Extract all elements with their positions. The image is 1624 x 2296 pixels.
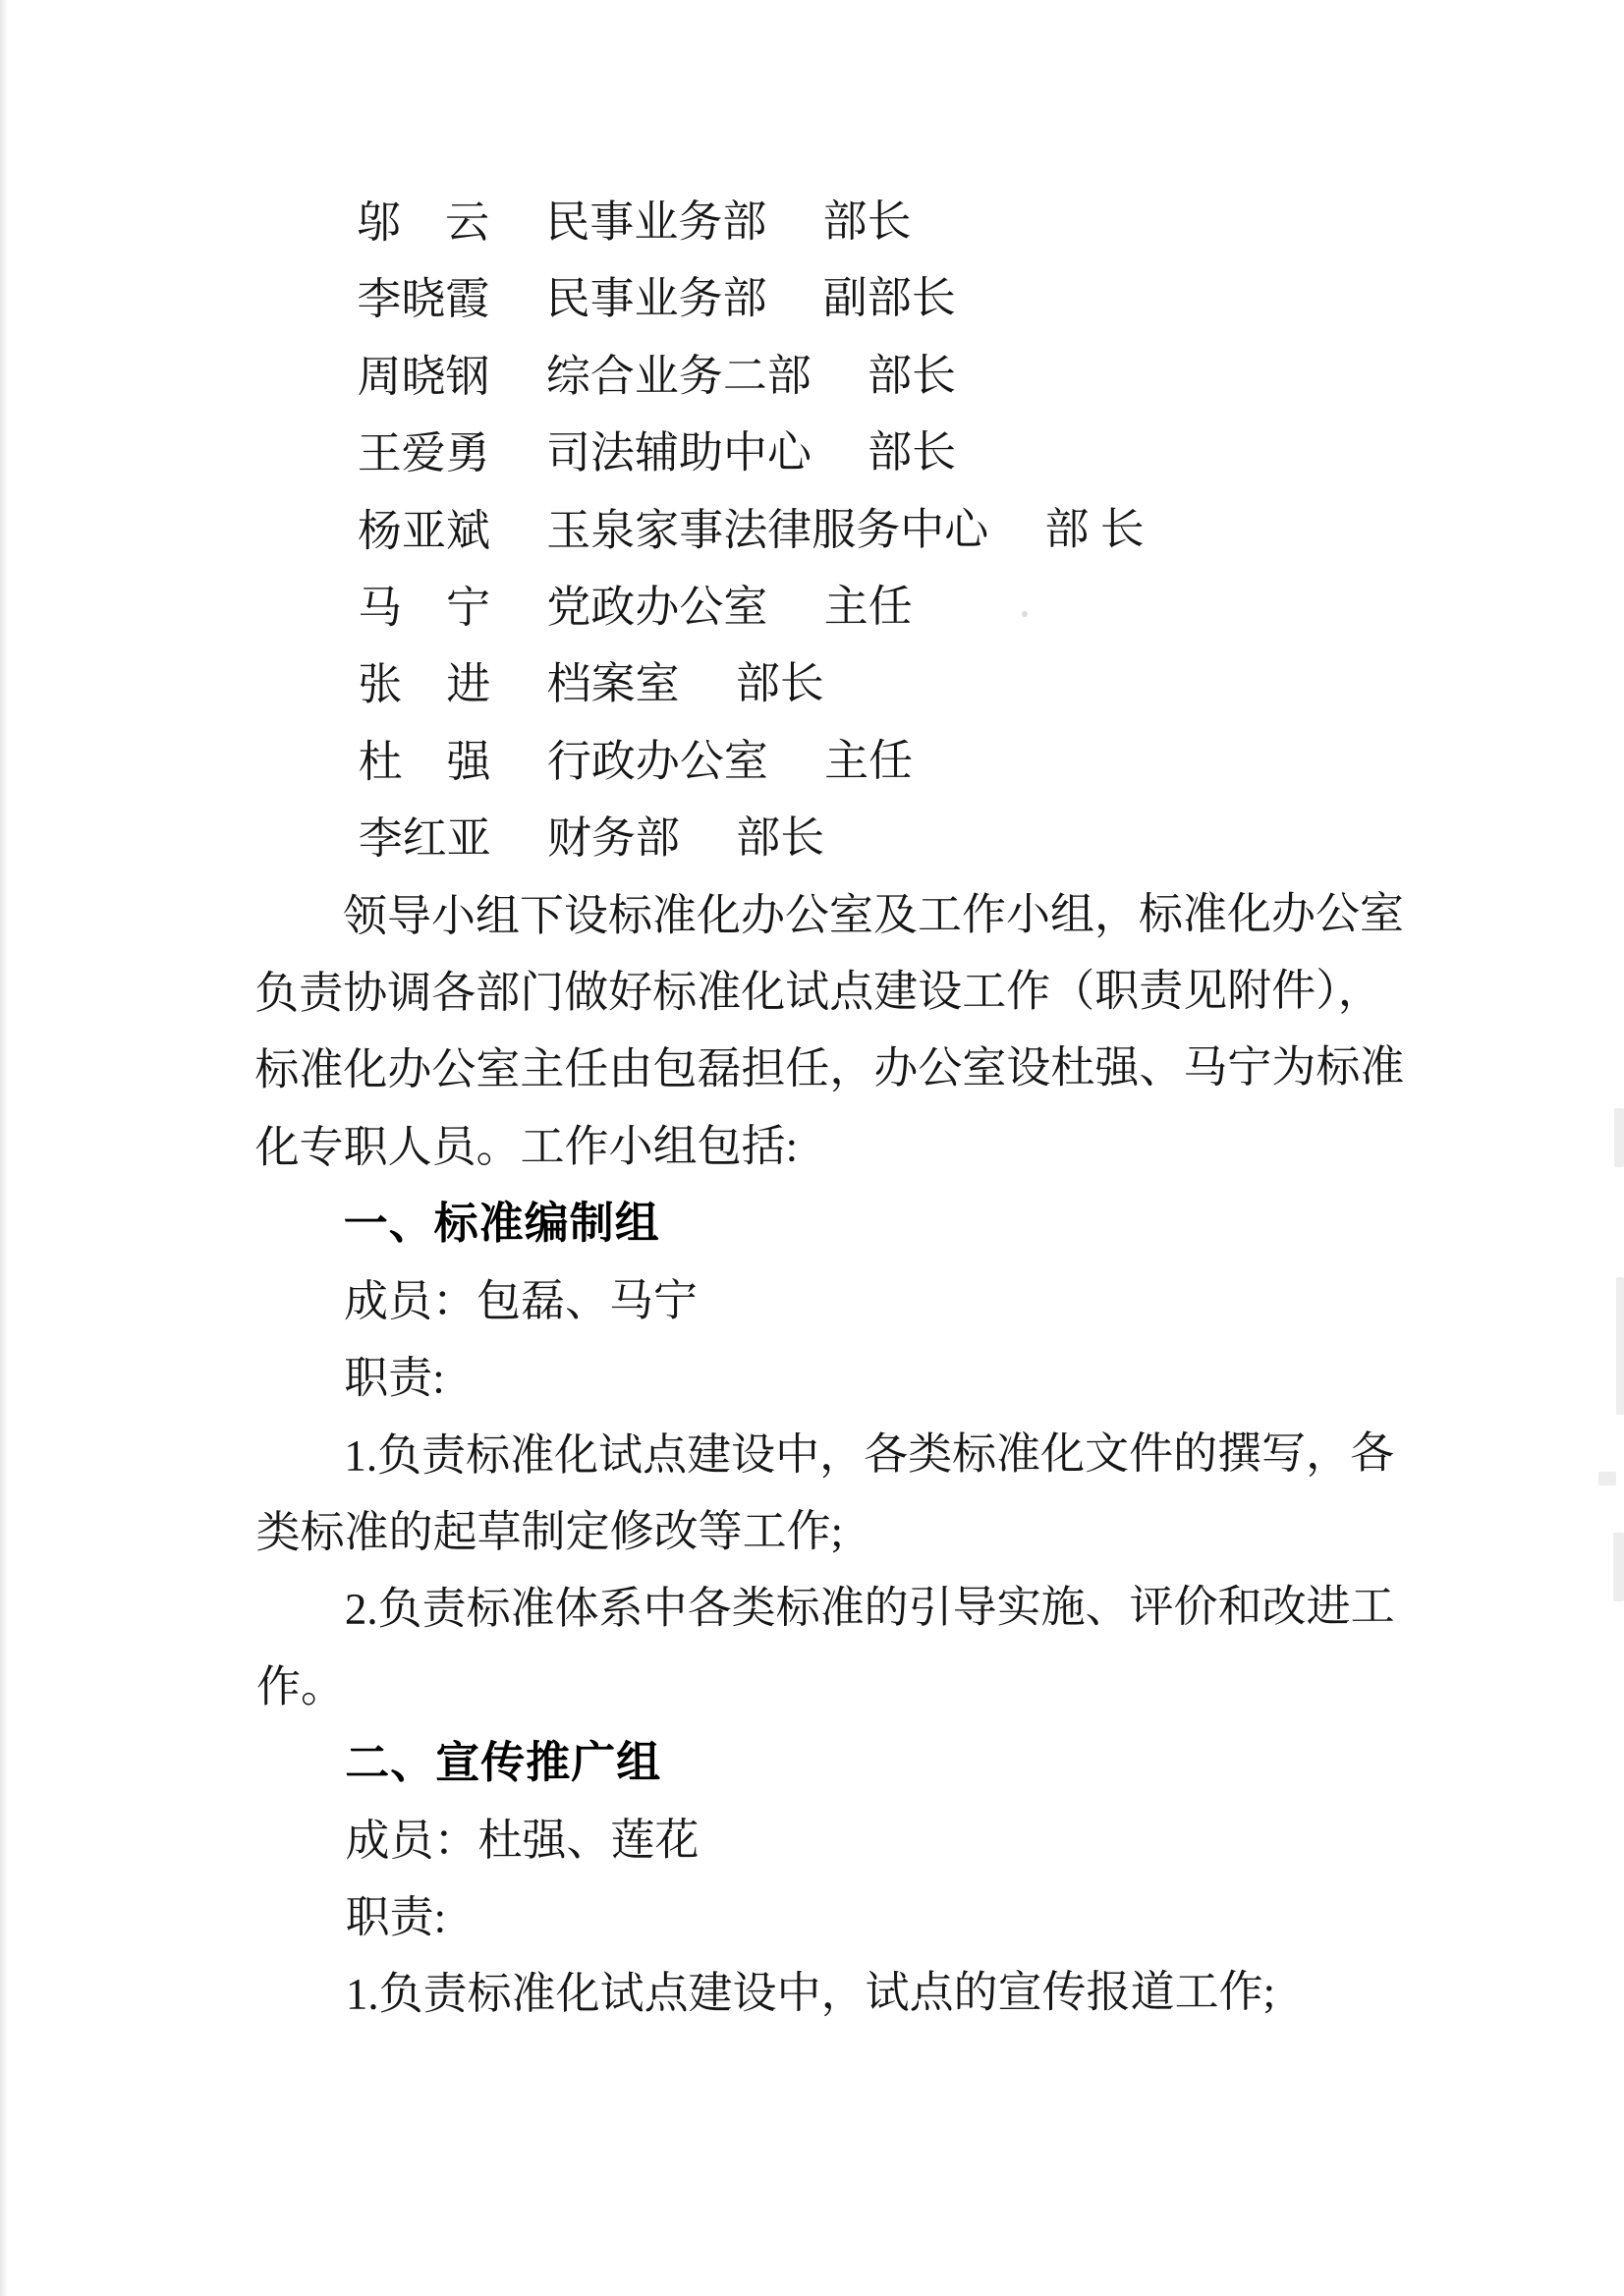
roster-row: 杜 强 行政办公室 主任 [253, 720, 1511, 801]
scan-smudge [1598, 1472, 1616, 1485]
member-title: 部长 [868, 427, 956, 476]
member-name: 马 宁 [358, 583, 490, 632]
scan-edge-shadow [0, 0, 8, 2296]
member-title: 部长 [736, 813, 824, 863]
document-page: 邬 云 民事业务部 部长 李晓霞 民事业务部 副部长 周晓钢 综合业务二部 部长… [0, 0, 1624, 2296]
paragraph-line: 标准化办公室主任由包磊担任，办公室设杜强、马宁为标准 [254, 1029, 1512, 1109]
duty-line: 1.负责标准化试点建设中，试点的宣传报道工作; [257, 1953, 1515, 2034]
roster-row: 李晓霞 民事业务部 副部长 [252, 258, 1510, 339]
member-name: 周晓钢 [357, 352, 489, 401]
member-name: 邬 云 [357, 197, 489, 247]
members-line: 成员：杜强、莲花 [256, 1799, 1514, 1879]
member-name: 李红亚 [359, 814, 491, 864]
document-body: 邬 云 民事业务部 部长 李晓霞 民事业务部 副部长 周晓钢 综合业务二部 部长… [252, 182, 1515, 2034]
roster-row: 邬 云 民事业务部 部长 [252, 182, 1510, 262]
section-heading: 一、标准编制组 [255, 1183, 1513, 1263]
member-dept: 司法辅助中心 [546, 428, 812, 478]
scan-smudge [1614, 1108, 1624, 1167]
duties-label: 职责: [257, 1876, 1515, 1957]
member-dept: 行政办公室 [547, 736, 768, 786]
member-title: 副部长 [823, 274, 956, 323]
duty-line: 2.负责标准体系中各类标准的引导实施、评价和改进工 [256, 1568, 1514, 1649]
roster-row: 马 宁 党政办公室 主任 [253, 567, 1511, 647]
member-dept: 财务部 [547, 813, 680, 863]
member-title: 主任 [824, 736, 913, 785]
duty-line: 1.负责标准化试点建设中，各类标准化文件的撰写，各 [255, 1414, 1513, 1494]
member-title: 部长 [868, 351, 956, 400]
roster-row: 张 进 档案室 部长 [253, 644, 1511, 724]
member-dept: 民事业务部 [546, 274, 767, 324]
member-name: 李晓霞 [357, 275, 489, 324]
roster-row: 周晓钢 综合业务二部 部长 [252, 335, 1510, 416]
member-name: 杜 强 [358, 737, 490, 786]
member-dept: 档案室 [547, 659, 680, 708]
member-name: 杨亚斌 [358, 506, 490, 555]
duty-line: 类标准的起草制定修改等工作; [255, 1491, 1513, 1572]
roster-row: 王爱勇 司法辅助中心 部长 [253, 413, 1511, 493]
members-line: 成员：包磊、马宁 [255, 1260, 1513, 1340]
member-name: 张 进 [358, 660, 490, 709]
member-title: 部长 [736, 659, 824, 708]
duties-label: 职责: [255, 1337, 1513, 1418]
member-name: 王爱勇 [358, 429, 490, 478]
section-heading: 二、宣传推广组 [256, 1722, 1514, 1803]
member-title: 部 长 [1044, 504, 1144, 553]
member-dept: 玉泉家事法律服务中心 [546, 505, 988, 555]
roster-row: 杨亚斌 玉泉家事法律服务中心 部 长 [253, 489, 1511, 570]
member-title: 部长 [823, 196, 912, 246]
duty-line: 作。 [256, 1645, 1514, 1725]
member-dept: 党政办公室 [546, 583, 767, 633]
member-dept: 民事业务部 [545, 197, 766, 248]
paragraph-line: 负责协调各部门做好标准化试点建设工作（职责见附件）， [254, 952, 1512, 1033]
member-title: 主任 [824, 582, 913, 631]
paragraph-line: 领导小组下设标准化办公室及工作小组，标准化办公室 [254, 874, 1512, 955]
scan-smudge [1613, 1533, 1624, 1601]
paragraph-line: 化专职人员。工作小组包括: [254, 1106, 1512, 1187]
roster-row: 李红亚 财务部 部长 [254, 798, 1512, 878]
member-dept: 综合业务二部 [546, 351, 812, 401]
scan-smudge [1616, 1277, 1624, 1415]
